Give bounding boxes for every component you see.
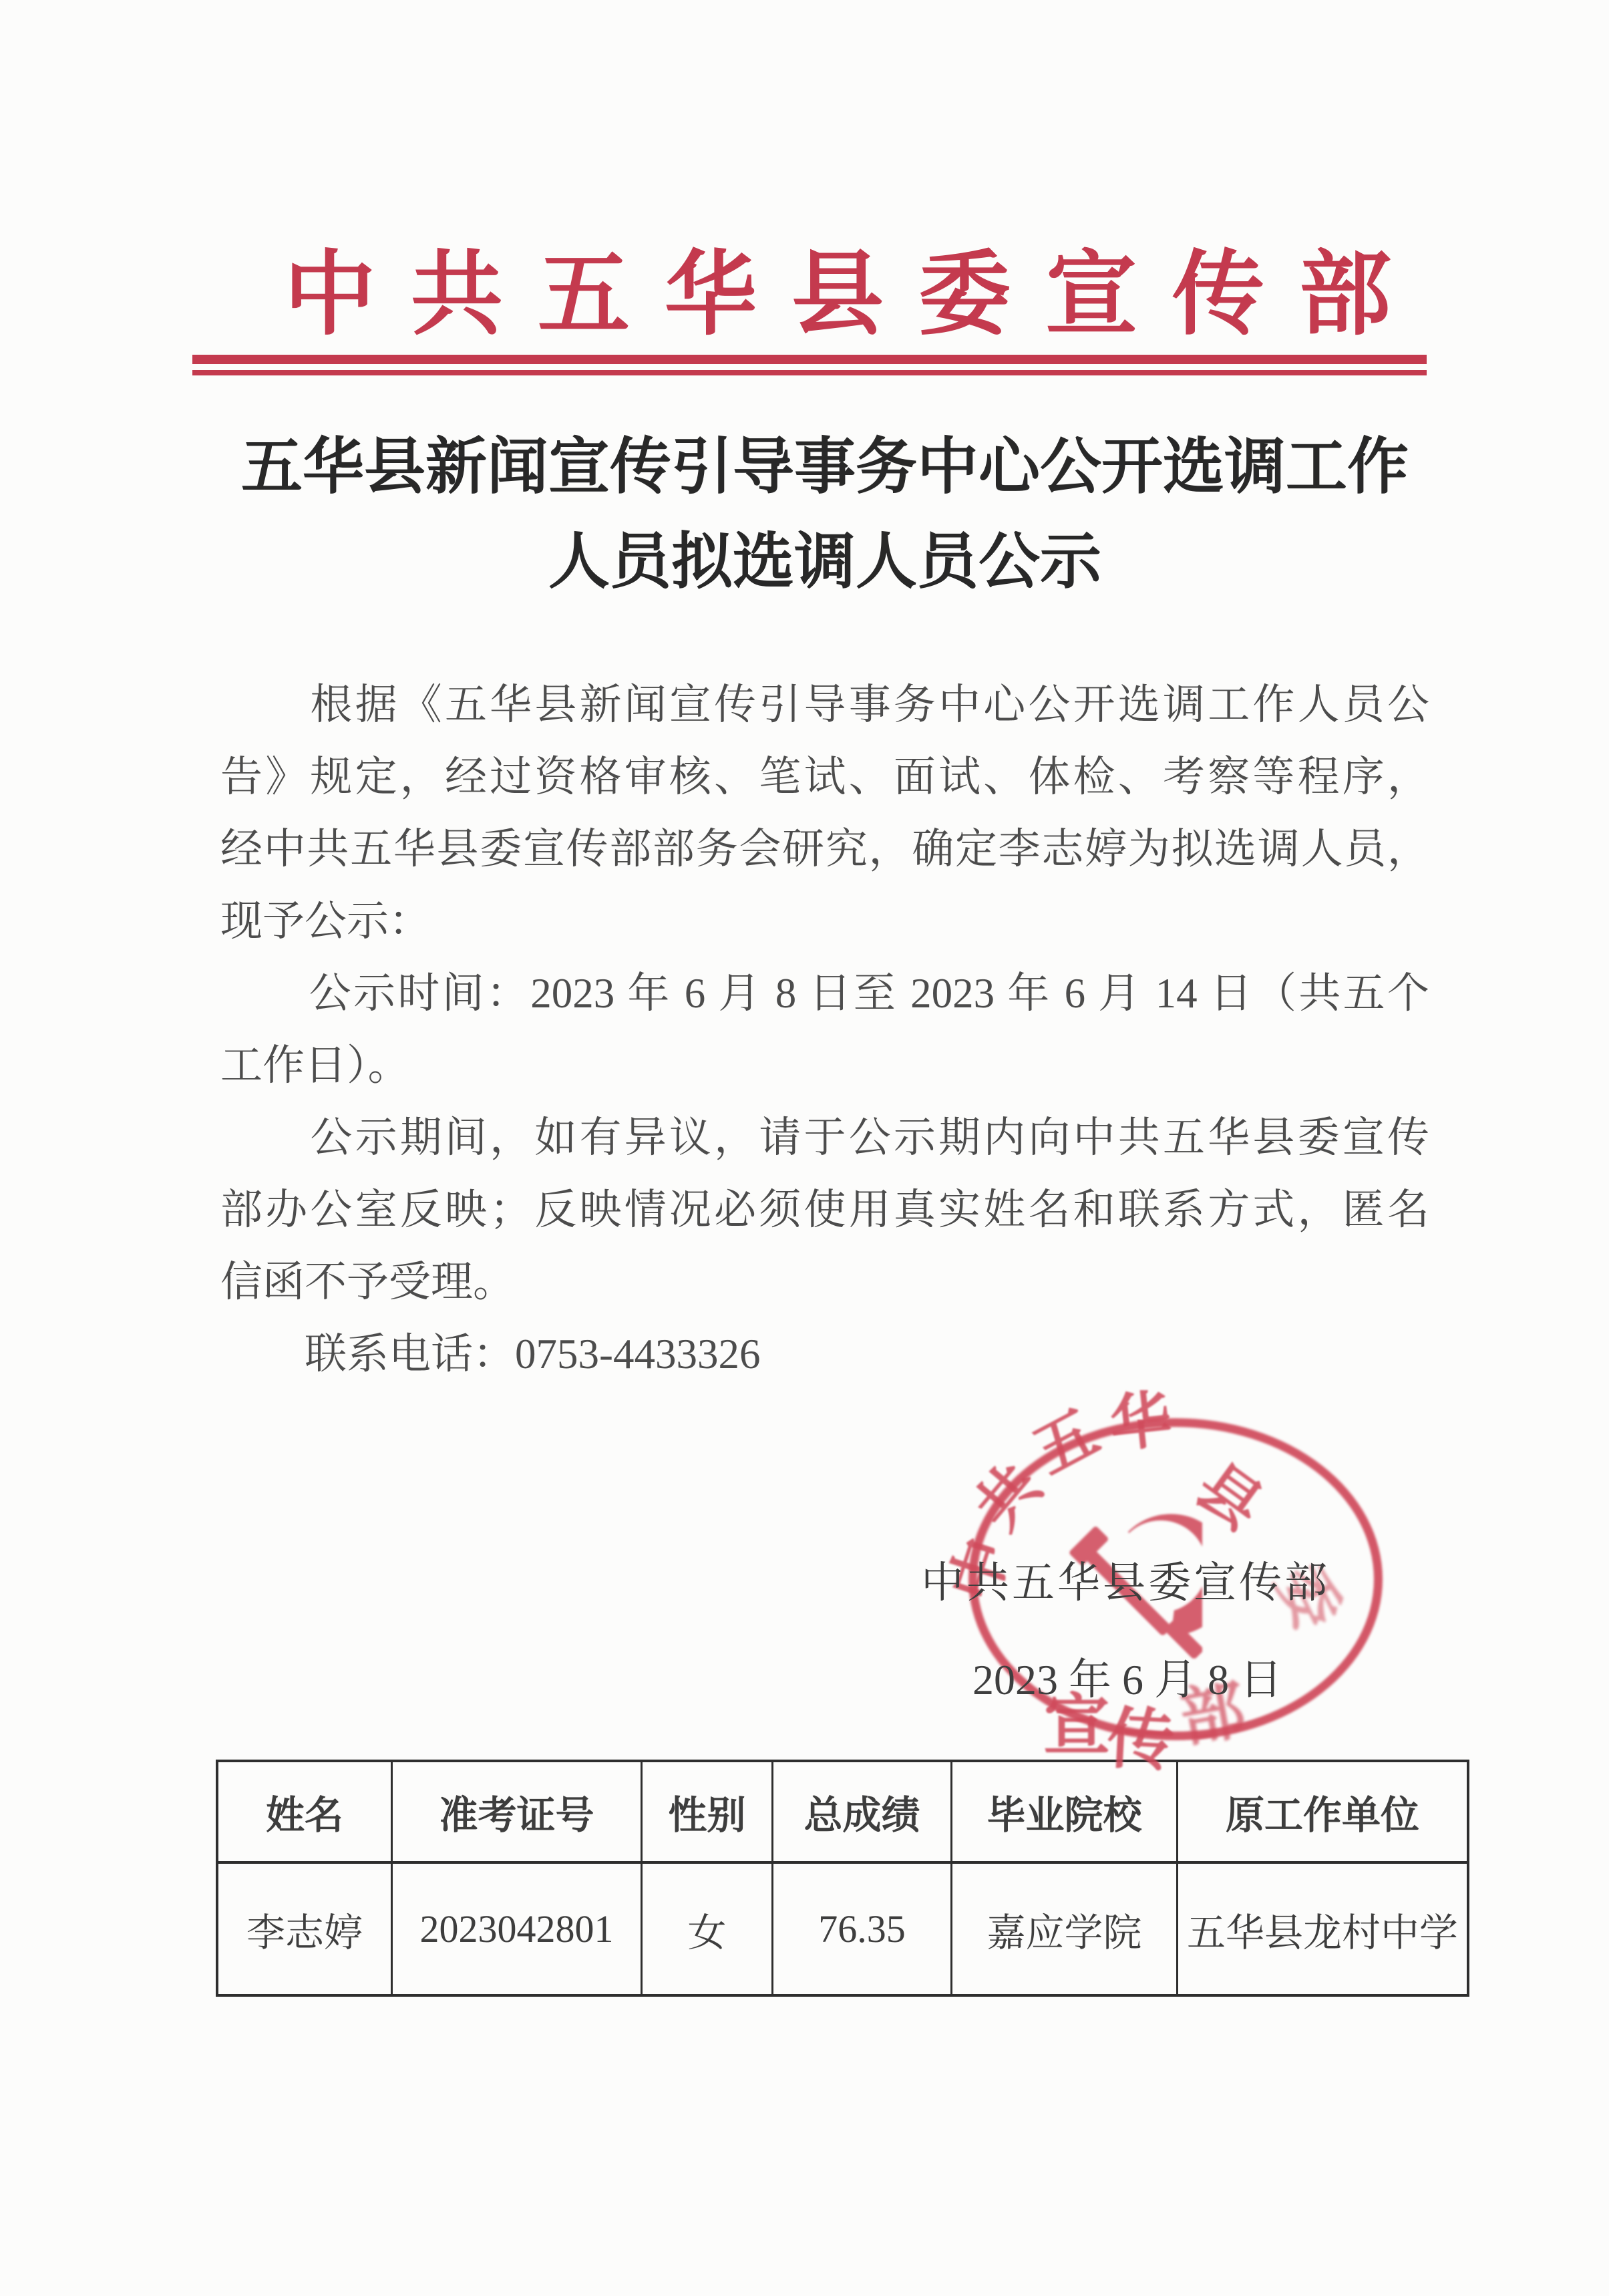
body-line: 工作日）。 bbox=[220, 1029, 1429, 1102]
letterhead: 中共五华县委宣传部 bbox=[190, 242, 1426, 349]
body-line: 根据《五华县新闻宣传引导事务中心公开选调工作人员公 bbox=[220, 669, 1429, 741]
document-page: 中共五华县委宣传部 五华县新闻宣传引导事务中心公开选调工作 人员拟选调人员公示 … bbox=[0, 0, 1609, 2296]
body-line: 公示时间：2023 年 6 月 8 日至 2023 年 6 月 14 日（共五个 bbox=[220, 957, 1429, 1029]
document-title-line1: 五华县新闻宣传引导事务中心公开选调工作 bbox=[220, 420, 1429, 514]
letterhead-text: 中共五华县委宣传部 bbox=[284, 244, 1426, 346]
body-line: 公示期间，如有异议，请于公示期内向中共五华县委宣传 bbox=[220, 1102, 1429, 1174]
seal-bottom-char: 传 bbox=[1106, 1708, 1176, 1773]
table-cell-school: 嘉应学院 bbox=[950, 1861, 1176, 1994]
document-title-line2: 人员拟选调人员公示 bbox=[220, 514, 1429, 609]
seal-bottom-char: 宣 bbox=[1043, 1695, 1110, 1757]
table-cell-gender: 女 bbox=[641, 1861, 771, 1994]
table-cell-workunit: 五华县龙村中学 bbox=[1176, 1861, 1467, 1994]
body-line: 告》规定，经过资格审核、笔试、面试、体检、考察等程序， bbox=[220, 741, 1429, 813]
table-cell-name: 李志婷 bbox=[218, 1861, 391, 1994]
table-header-name: 姓名 bbox=[218, 1762, 391, 1861]
table-cell-ticket: 2023042801 bbox=[391, 1861, 641, 1994]
contact-phone-line: 联系电话：0753-4433326 bbox=[220, 1318, 1429, 1390]
letterhead-rule-thin bbox=[192, 370, 1427, 375]
body-line: 经中共五华县委宣传部部务会研究，确定李志婷为拟选调人员， bbox=[220, 813, 1429, 885]
seal-arc-char: 华 bbox=[1107, 1388, 1174, 1456]
table-header-workunit: 原工作单位 bbox=[1176, 1762, 1467, 1861]
body-line: 现予公示： bbox=[220, 885, 1429, 957]
body-line: 部办公室反映；反映情况必须使用真实姓名和联系方式，匿名 bbox=[220, 1174, 1429, 1246]
document-title: 五华县新闻宣传引导事务中心公开选调工作 人员拟选调人员公示 bbox=[220, 420, 1429, 609]
table-cell-score: 76.35 bbox=[771, 1861, 950, 1994]
table-header-score: 总成绩 bbox=[771, 1762, 950, 1861]
table-header-ticket: 准考证号 bbox=[391, 1762, 641, 1861]
letterhead-rule-thick bbox=[192, 355, 1427, 364]
table-header-gender: 性别 bbox=[641, 1762, 771, 1861]
candidate-table: 姓名 准考证号 性别 总成绩 毕业院校 原工作单位 李志婷 2023042801… bbox=[216, 1760, 1469, 1997]
signature-date: 2023 年 6 月 8 日 bbox=[972, 1658, 1282, 1702]
signature-org: 中共五华县委宣传部 bbox=[921, 1561, 1330, 1605]
body-line: 信函不予受理。 bbox=[220, 1246, 1429, 1318]
body-text: 根据《五华县新闻宣传引导事务中心公开选调工作人员公 告》规定，经过资格审核、笔试… bbox=[220, 669, 1429, 1390]
